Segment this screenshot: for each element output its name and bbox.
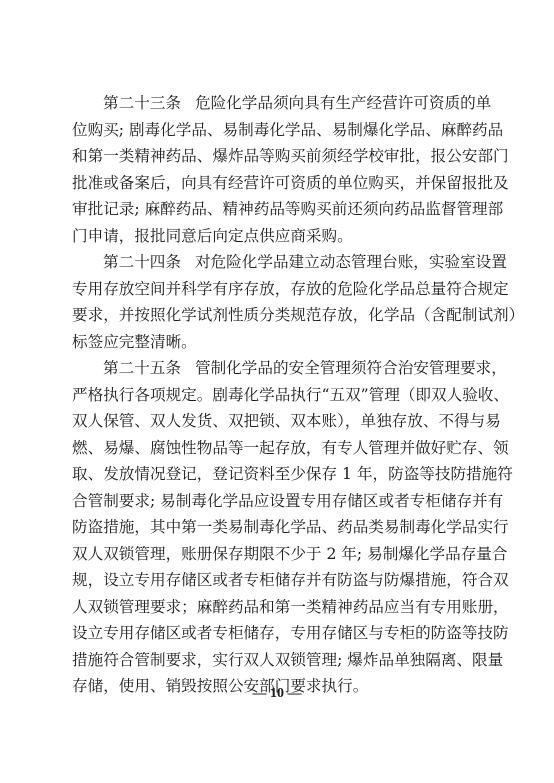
- article-25: 第二十五条管制化学品的安全管理须符合治安管理要求， 严格执行各项规定。剧毒化学品…: [72, 355, 482, 700]
- article-24: 第二十四条对危险化学品建立动态管理台账，实验室设置 专用存放空间并科学有序存放，…: [72, 249, 482, 355]
- text-line: 规，设立专用存储区或者专柜储存并有防盗与防爆措施，符合双: [72, 567, 482, 594]
- text-line: 人双锁管理要求；麻醉药品和第一类精神药品应当有专用账册，: [72, 594, 482, 621]
- text-line: 对危险化学品建立动态管理台账，实验室设置: [195, 253, 507, 271]
- text-line: 合管制要求; 易制毒化学品应设置专用存储区或者专柜储存并有: [72, 488, 482, 515]
- text-line: 防盗措施，其中第一类易制毒化学品、药品类易制毒化学品实行: [72, 514, 482, 541]
- document-body: 第二十三条危险化学品须向具有生产经营许可资质的单 位购买; 剧毒化学品、易制毒化…: [72, 90, 482, 700]
- article-number: 第二十五条: [103, 359, 181, 377]
- text-line: 管制化学品的安全管理须符合治安管理要求，: [195, 359, 507, 377]
- text-line: 门申请，报批同意后向定点供应商采购。: [72, 223, 482, 250]
- article-23: 第二十三条危险化学品须向具有生产经营许可资质的单 位购买; 剧毒化学品、易制毒化…: [72, 90, 482, 249]
- text-line: 危险化学品须向具有生产经营许可资质的单: [195, 94, 491, 112]
- text-line: 批准或备案后，向具有经营许可资质的单位购买，并保留报批及: [72, 170, 482, 197]
- article-number: 第二十三条: [103, 94, 181, 112]
- article-25-line-1: 第二十五条管制化学品的安全管理须符合治安管理要求，: [72, 355, 482, 382]
- text-line: 要求，并按照化学试剂性质分类规范存放，化学品（含配制试剂）: [72, 302, 482, 329]
- text-line: 标签应完整清晰。: [72, 329, 482, 356]
- page-number: — 10 —: [0, 686, 554, 702]
- text-line: 专用存放空间并科学有序存放，存放的危险化学品总量符合规定: [72, 276, 482, 303]
- document-page: 第二十三条危险化学品须向具有生产经营许可资质的单 位购买; 剧毒化学品、易制毒化…: [0, 0, 554, 783]
- text-line: 措施符合管制要求，实行双人双锁管理; 爆炸品单独隔离、限量: [72, 647, 482, 674]
- text-line: 设立专用存储区或者专柜储存，专用存储区与专柜的防盗等技防: [72, 620, 482, 647]
- article-number: 第二十四条: [103, 253, 181, 271]
- text-line: 燃、易爆、腐蚀性物品等一起存放，有专人管理并做好贮存、领: [72, 435, 482, 462]
- text-line: 严格执行各项规定。剧毒化学品执行“五双”管理（即双人验收、: [72, 382, 482, 409]
- text-line: 取、发放情况登记，登记资料至少保存 1 年，防盗等技防措施符: [72, 461, 482, 488]
- text-line: 和第一类精神药品、爆炸品等购买前须经学校审批，报公安部门: [72, 143, 482, 170]
- article-23-line-1: 第二十三条危险化学品须向具有生产经营许可资质的单: [72, 90, 482, 117]
- article-24-line-1: 第二十四条对危险化学品建立动态管理台账，实验室设置: [72, 249, 482, 276]
- text-line: 双人双锁管理，账册保存期限不少于 2 年; 易制爆化学品存量合: [72, 541, 482, 568]
- text-line: 位购买; 剧毒化学品、易制毒化学品、易制爆化学品、麻醉药品: [72, 117, 482, 144]
- text-line: 审批记录; 麻醉药品、精神药品等购买前还须向药品监督管理部: [72, 196, 482, 223]
- text-line: 双人保管、双人发货、双把锁、双本账），单独存放、不得与易: [72, 408, 482, 435]
